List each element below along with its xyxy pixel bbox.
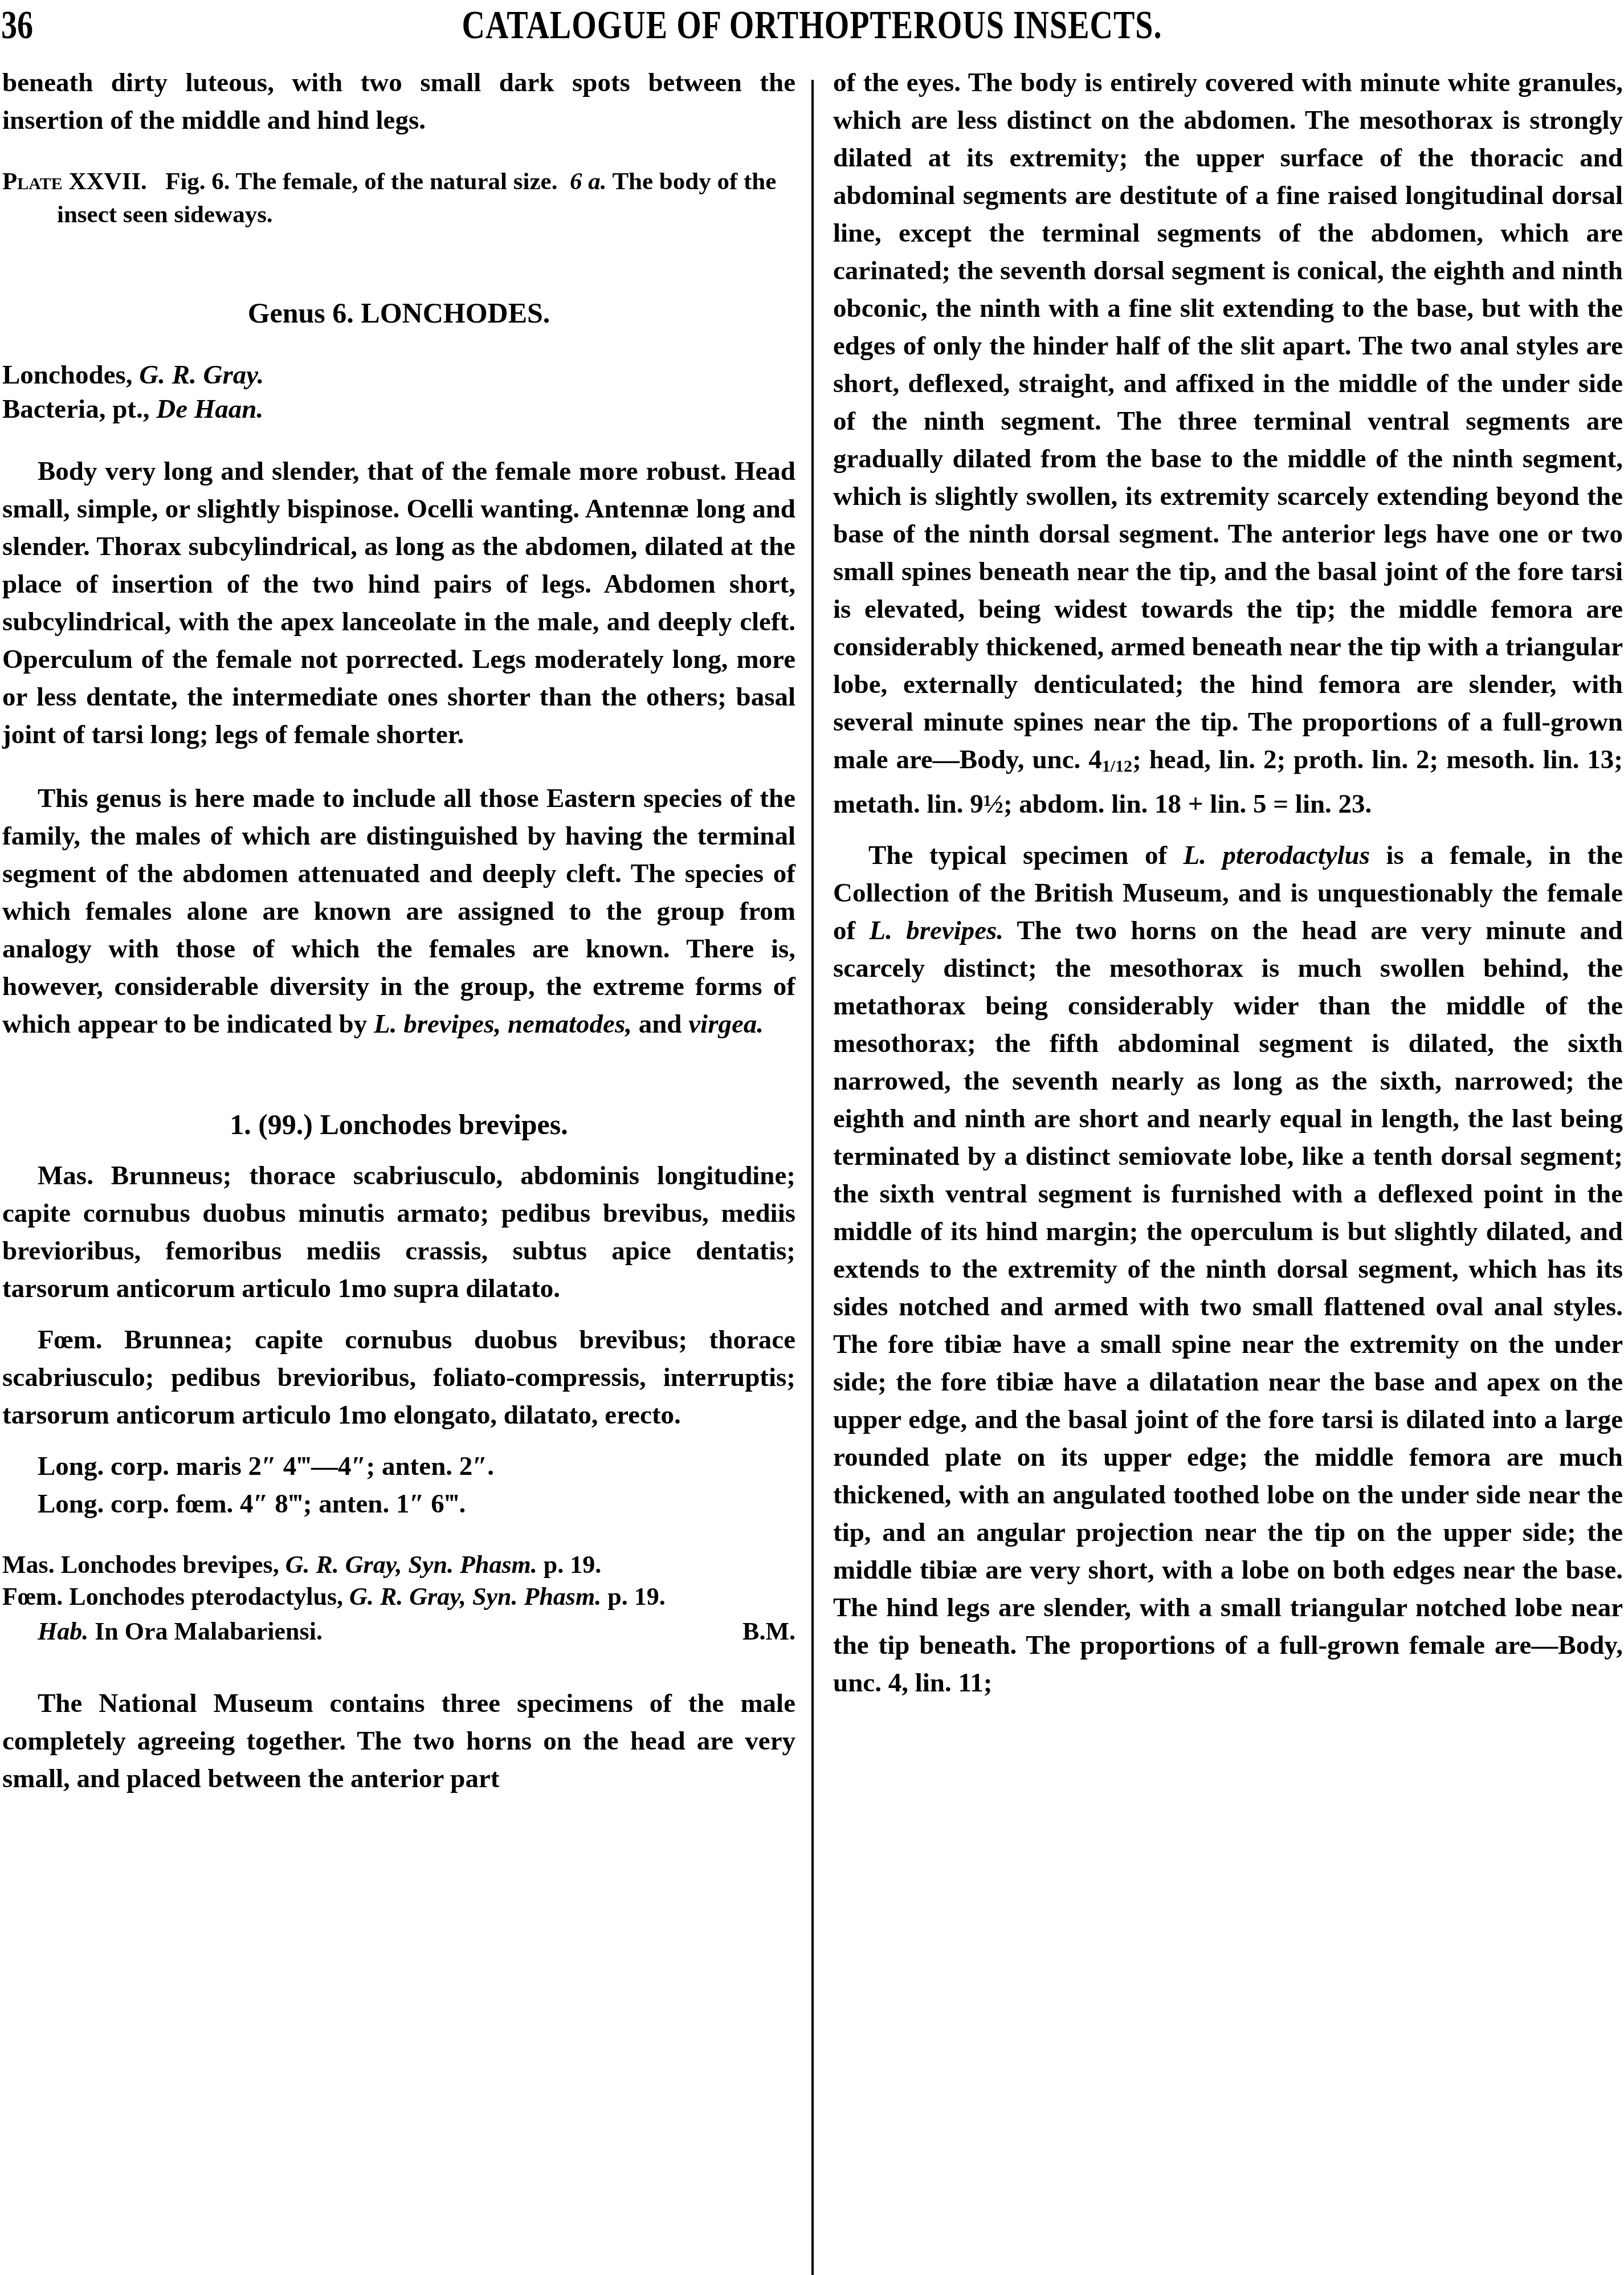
male-description-continued: of the eyes. The body is entirely covere… — [833, 64, 1623, 823]
latin-description-female: Fœm. Brunnea; capite cornubus duobus bre… — [2, 1321, 795, 1434]
species-ref: L. pterodactylus — [1184, 841, 1370, 870]
species-heading: 1. (99.) Lonchodes brevipes. — [2, 1106, 795, 1143]
connector: and — [639, 1009, 682, 1039]
reference-author: G. R. Gray, Syn. Phasm. — [285, 1551, 537, 1579]
synonym-line: Lonchodes, G. R. Gray. — [2, 358, 795, 392]
running-title: CATALOGUE OF ORTHOPTEROUS INSECTS. — [0, 2, 1624, 48]
synonym-line: Bacteria, pt., De Haan. — [2, 392, 795, 426]
reference-line: Fœm. Lonchodes pterodactylus, G. R. Gray… — [2, 1581, 795, 1613]
male-description-text: of the eyes. The body is entirely covere… — [833, 68, 1623, 774]
running-head: 36 CATALOGUE OF ORTHOPTEROUS INSECTS. — [0, 2, 1624, 36]
plate-fig-ref: 6 a. — [570, 168, 607, 195]
measurement-line: Long. corp. fœm. 4″ 8‴; anten. 1″ 6‴. — [2, 1485, 795, 1523]
synonym-author: G. R. Gray. — [139, 360, 264, 390]
habitat-locality: In Ora Malabariensi. — [95, 1617, 323, 1645]
species-ref: L. brevipes. — [869, 916, 1003, 945]
museum-note: The National Museum contains three speci… — [2, 1685, 795, 1797]
species-ref: virgea. — [688, 1009, 764, 1039]
synonym-name: Lonchodes, — [2, 360, 133, 390]
reference-prefix: Mas. Lonchodes brevipes, — [2, 1551, 279, 1579]
plate-fig-text: Fig. 6. The female, of the natural size. — [165, 168, 557, 195]
genus-note-text: This genus is here made to include all t… — [2, 784, 795, 1039]
genus-heading: Genus 6. LONCHODES. — [2, 294, 795, 332]
plate-label: Plate — [2, 168, 63, 195]
plate-number: XXVII. — [68, 168, 146, 195]
genus-note: This genus is here made to include all t… — [2, 780, 795, 1043]
reference-author: G. R. Gray, Syn. Phasm. — [349, 1583, 601, 1611]
female-description: The typical specimen of L. pterodactylus… — [833, 837, 1623, 1702]
genus-description: Body very long and slender, that of the … — [2, 452, 795, 753]
species-number: 1. (99.) — [230, 1108, 313, 1140]
right-column: of the eyes. The body is entirely covere… — [833, 64, 1623, 1702]
reference-prefix: Fœm. Lonchodes pterodactylus, — [2, 1583, 343, 1611]
plate-caption: Plate XXVII. Fig. 6. The female, of the … — [2, 165, 795, 231]
species-ref: nematodes, — [508, 1009, 632, 1039]
genus-name: LONCHODES. — [361, 297, 550, 329]
latin-description-male: Mas. Brunneus; thorace scabriusculo, abd… — [2, 1157, 795, 1307]
reference-page: p. 19. — [607, 1583, 665, 1611]
genus-prefix: Genus 6. — [248, 297, 354, 329]
reference-page: p. 19. — [544, 1551, 601, 1579]
habitat-line: Hab. In Ora Malabariensi. B.M. — [2, 1613, 795, 1650]
synonym-author: De Haan. — [156, 394, 263, 424]
synonym-name: Bacteria, pt., — [2, 394, 149, 424]
male-body-fraction: 1/12 — [1102, 757, 1132, 776]
species-ref: L. brevipes, — [374, 1009, 501, 1039]
species-name: Lonchodes brevipes. — [320, 1108, 568, 1140]
reference-line: Mas. Lonchodes brevipes, G. R. Gray, Syn… — [2, 1549, 795, 1581]
column-divider — [811, 80, 814, 2275]
female-intro: The typical specimen of — [868, 841, 1167, 870]
female-text-2: The two horns on the head are very minut… — [833, 916, 1623, 1698]
continued-paragraph: beneath dirty luteous, with two small da… — [2, 64, 795, 139]
synonymy: Lonchodes, G. R. Gray. Bacteria, pt., De… — [2, 358, 795, 426]
left-column: beneath dirty luteous, with two small da… — [2, 64, 795, 1797]
collection-code: B.M. — [742, 1613, 795, 1650]
measurement-line: Long. corp. maris 2″ 4‴—4″; anten. 2″. — [2, 1448, 795, 1485]
male-body-value: 4 — [1088, 745, 1102, 774]
habitat-label: Hab. — [38, 1617, 88, 1645]
